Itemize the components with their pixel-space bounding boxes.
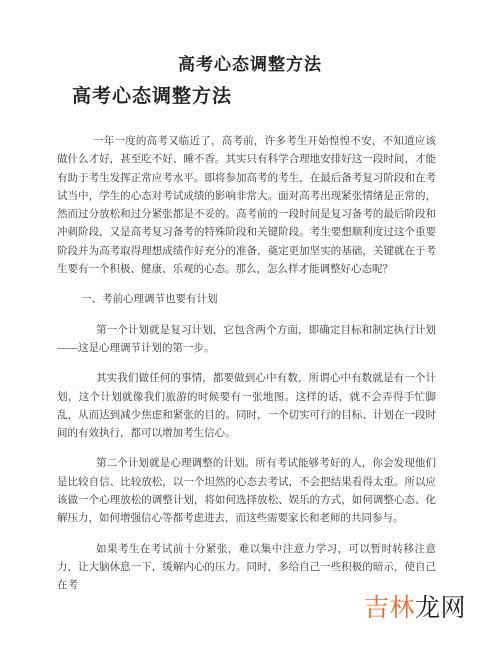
watermark: 吉林龙网 bbox=[364, 593, 466, 623]
paragraph: 一年一度的高考又临近了，高考前，许多考生开始惶惶不安，不知道应该做什么才好，甚至… bbox=[57, 133, 436, 279]
watermark-text-longwang: 龙网 bbox=[415, 594, 466, 622]
paragraph: 第一个计划就是复习计划，它包含两个方面，即确定目标和制定执行计划——这是心理调节… bbox=[57, 322, 436, 359]
document-title: 高考心态调整方法 bbox=[0, 0, 500, 75]
document-heading: 高考心态调整方法 bbox=[72, 86, 500, 108]
watermark-text-jilin: 吉林 bbox=[364, 594, 415, 622]
document-page: 高考心态调整方法 高考心态调整方法 一年一度的高考又临近了，高考前，许多考生开始… bbox=[0, 0, 500, 647]
paragraph: 其实我们做任何的事情，都要做到心中有数，所谓心中有数就是有一个计划，这个计划就像… bbox=[57, 370, 436, 443]
section-heading: 一、考前心理调节也要有计划 bbox=[57, 291, 436, 309]
paragraph: 第二个计划就是心理调整的计划。所有考试能够考好的人，你会发现他们是比较自信、比较… bbox=[57, 455, 436, 528]
paragraph: 如果考生在考试前十分紧张，难以集中注意力学习，可以暂时转移注意力，让大脑休息一下… bbox=[57, 541, 436, 596]
document-body: 一年一度的高考又临近了，高考前，许多考生开始惶惶不安，不知道应该做什么才好，甚至… bbox=[57, 133, 436, 596]
